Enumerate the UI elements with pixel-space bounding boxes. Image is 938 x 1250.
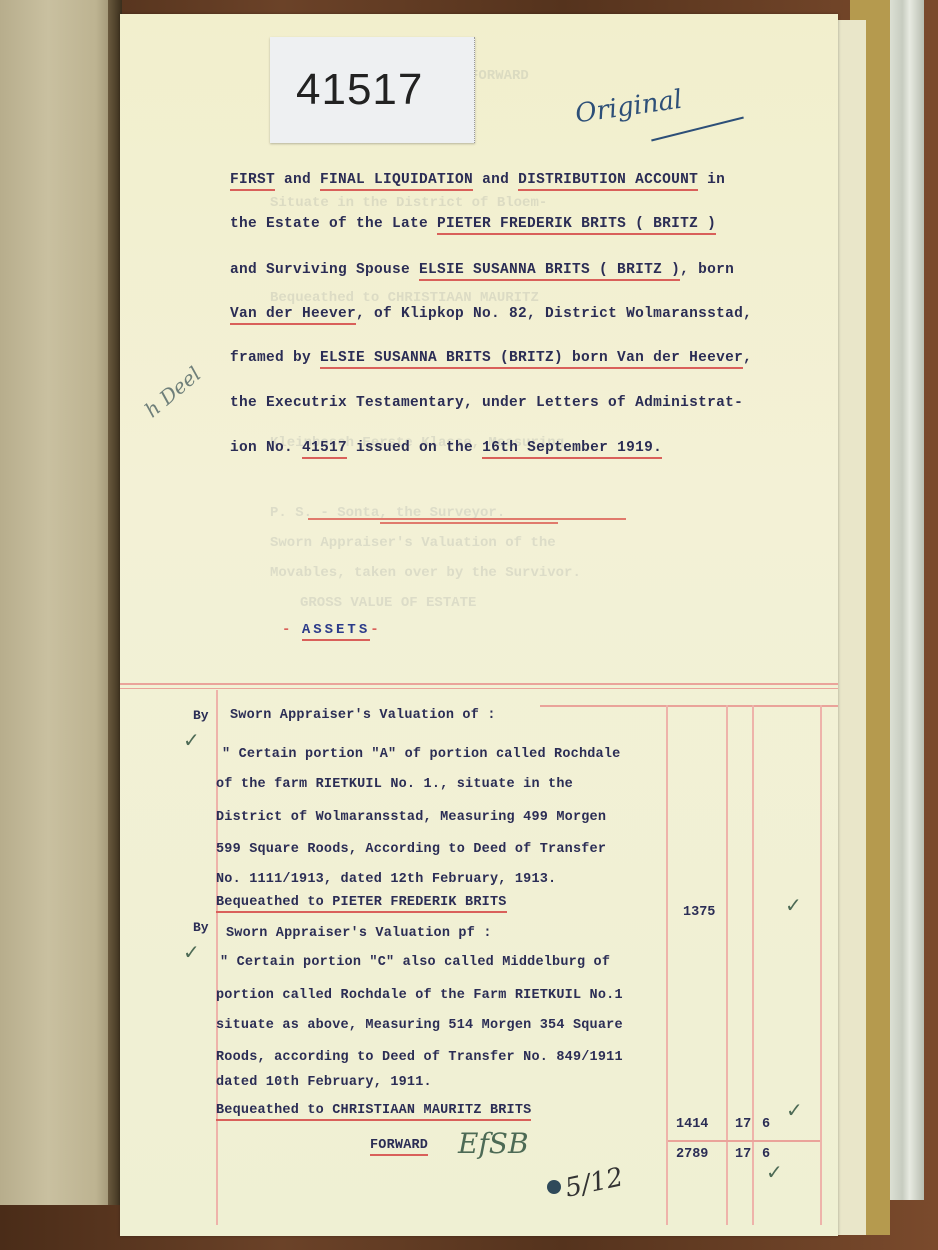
archive-number-label: 41517 — [270, 37, 475, 143]
section-title: - ASSETS- — [282, 622, 379, 638]
asset-line: Roods, according to Deed of Transfer No.… — [216, 1050, 623, 1065]
show-through-text: Bequeathed to CHRISTIAAN MAURITZ — [270, 290, 539, 306]
ledger-column-rule — [540, 705, 838, 707]
asset-bequest: Bequeathed to CHRISTIAAN MAURITZ BRITS — [216, 1103, 531, 1121]
asset-bequest: Bequeathed to PIETER FREDERIK BRITS — [216, 895, 507, 913]
asset-line: portion called Rochdale of the Farm RIET… — [216, 988, 623, 1003]
ledger-column-line — [752, 705, 754, 1225]
asset-line: of the farm RIETKUIL No. 1., situate in … — [216, 777, 573, 792]
ledger-column-line — [726, 705, 728, 1225]
asset-amount-shillings: 17 — [735, 1117, 751, 1132]
asset-line: 599 Square Roods, According to Deed of T… — [216, 842, 606, 857]
check-mark-icon: ✓ — [766, 1160, 783, 1184]
forward-shillings: 17 — [735, 1147, 751, 1162]
forward-pounds: 2789 — [676, 1147, 708, 1162]
show-through-text: Situate in the District of Bloem- — [270, 195, 547, 211]
heading-line-1: FIRST and FINAL LIQUIDATION and DISTRIBU… — [230, 172, 725, 188]
ledger-column-line — [666, 705, 668, 1225]
asset-line: No. 1111/1913, dated 12th February, 1913… — [216, 872, 556, 887]
check-mark-icon: ✓ — [785, 893, 802, 917]
asset-line: Sworn Appraiser's Valuation of : — [230, 708, 496, 723]
ledger-margin-line — [216, 690, 218, 1225]
show-through-text: FORWARD — [470, 68, 529, 84]
show-through-text: Movables, taken over by the Survivor. — [270, 565, 581, 581]
ledger-top-rule — [120, 688, 838, 689]
show-through-text: GROSS VALUE OF ESTATE — [300, 595, 476, 611]
asset-line: District of Wolmaransstad, Measuring 499… — [216, 810, 606, 825]
heading-line-4: Van der Heever, of Klipkop No. 82, Distr… — [230, 306, 752, 322]
ink-stamp-mark — [547, 1180, 561, 1194]
heading-line-2: the Estate of the Late PIETER FREDERIK B… — [230, 216, 716, 232]
asset-amount-pence: 6 — [762, 1117, 770, 1132]
signature-initials: EfSB — [458, 1127, 529, 1160]
check-mark-icon: ✓ — [183, 728, 200, 752]
asset-line: " Certain portion "C" also called Middel… — [220, 955, 610, 970]
asset-line: situate as above, Measuring 514 Morgen 3… — [216, 1018, 623, 1033]
heading-line-5: framed by ELSIE SUSANNA BRITS (BRITZ) bo… — [230, 350, 752, 366]
heading-divider — [380, 522, 558, 524]
forward-label: FORWARD — [370, 1138, 428, 1156]
show-through-text: Sworn Appraiser's Valuation of the — [270, 535, 556, 551]
heading-divider — [308, 518, 626, 520]
asset-prefix: By — [193, 708, 209, 723]
paper-stack-edge — [888, 0, 924, 1200]
heading-line-6: the Executrix Testamentary, under Letter… — [230, 395, 743, 411]
subtotal-rule — [668, 1140, 820, 1142]
heading-line-3: and Surviving Spouse ELSIE SUSANNA BRITS… — [230, 262, 734, 278]
ledger-column-line — [820, 705, 822, 1225]
asset-line: dated 10th February, 1911. — [216, 1075, 432, 1090]
check-mark-icon: ✓ — [183, 940, 200, 964]
archive-number: 41517 — [296, 65, 423, 115]
asset-amount-pounds: 1414 — [676, 1117, 708, 1132]
asset-amount-pounds: 1375 — [683, 905, 715, 920]
asset-line: " Certain portion "A" of portion called … — [222, 747, 620, 762]
ledger-top-rule — [120, 683, 838, 685]
asset-line: Sworn Appraiser's Valuation pf : — [226, 926, 492, 941]
check-mark-icon: ✓ — [786, 1098, 803, 1122]
heading-line-7: ion No. 41517 issued on the 16th Septemb… — [230, 440, 662, 456]
asset-prefix: By — [193, 920, 209, 935]
folder-cover-left — [0, 0, 120, 1205]
